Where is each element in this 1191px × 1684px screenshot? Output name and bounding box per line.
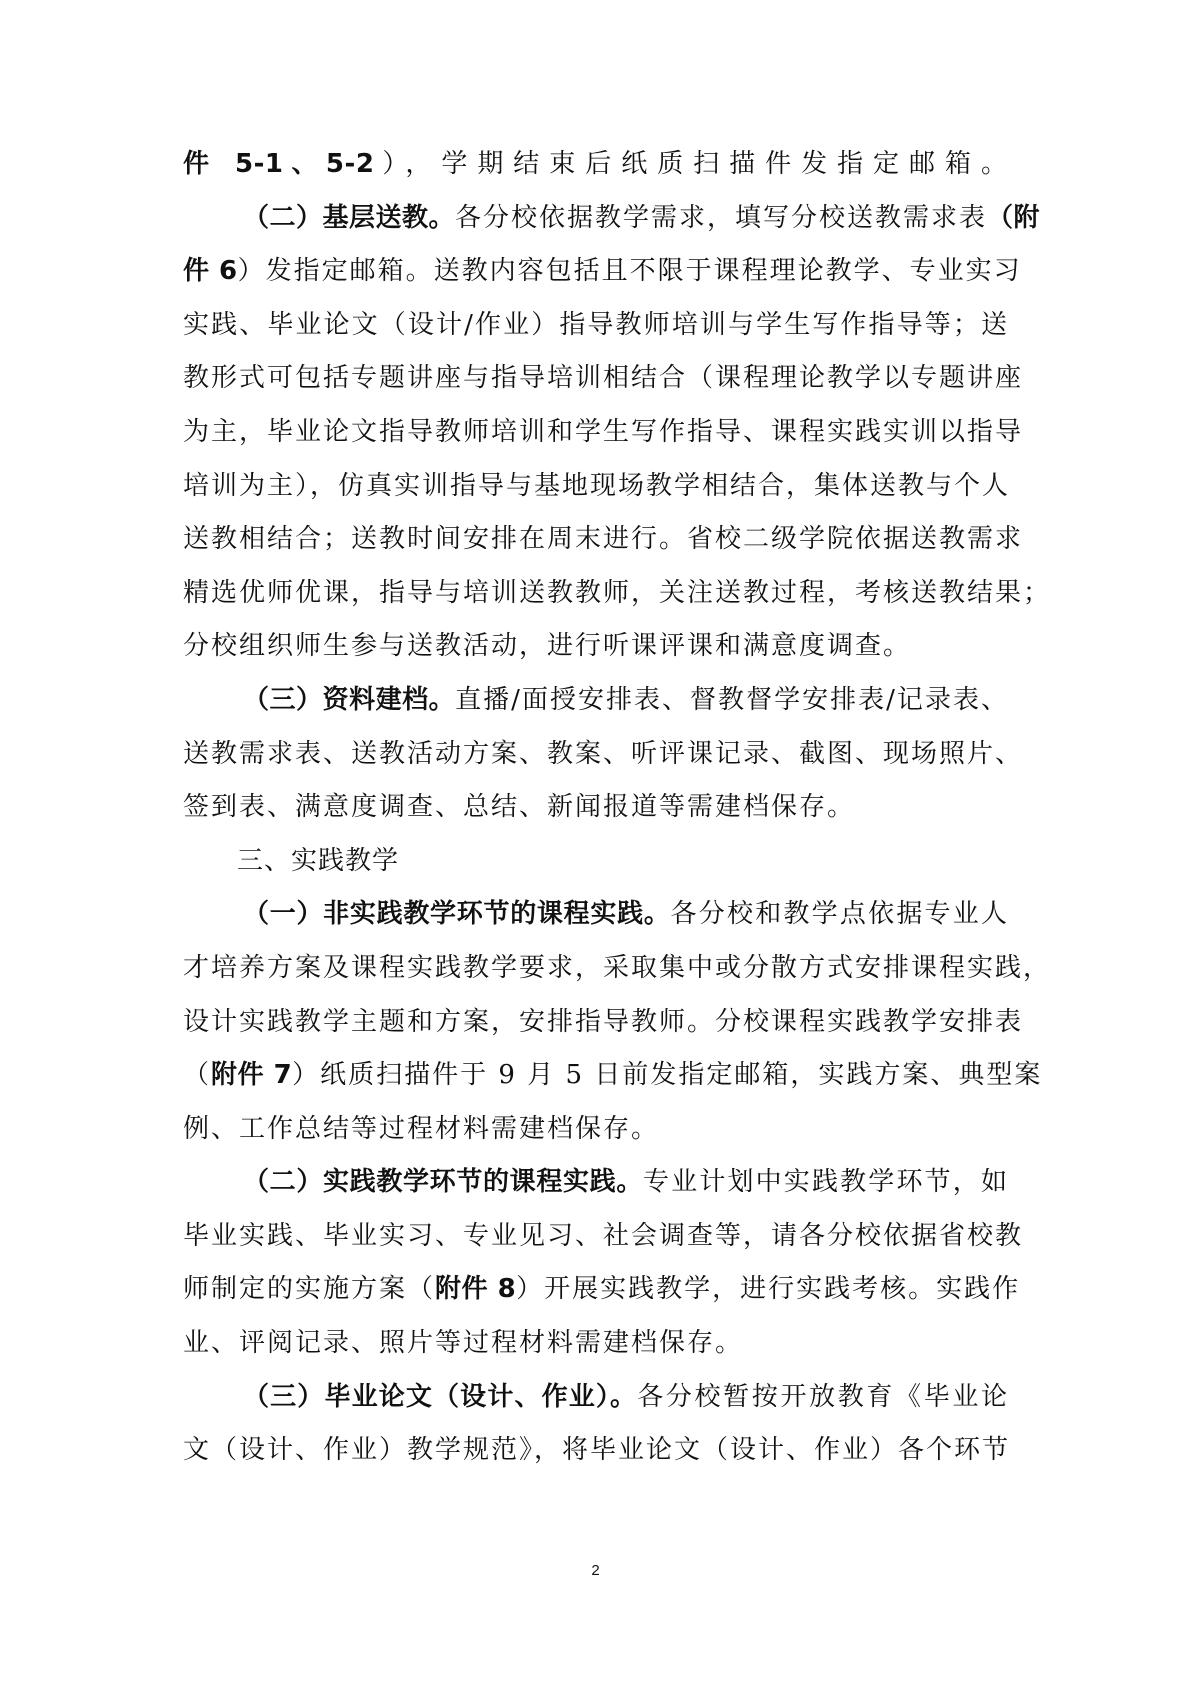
paragraph-line: 设计实践教学主题和方案，安排指导教师。分校课程实践教学安排表 <box>183 996 1009 1050</box>
text-run: 各分校依据教学需求，填写分校送教需求表 <box>455 203 987 233</box>
text-run: ）发指定邮箱。送教内容包括且不限于课程理论教学、专业实习 <box>238 256 1022 286</box>
subsection-heading-practical-course-practice: （二）实践教学环节的课程实践。 <box>243 1167 643 1197</box>
paragraph-line: 才培养方案及课程实践教学要求，采取集中或分散方式安排课程实践， <box>183 942 1009 996</box>
text-run: 培训为主），仿真实训指导与基地现场教学相结合，集体送教与个人 <box>183 471 1010 501</box>
paragraph-line: 培训为主），仿真实训指导与基地现场教学相结合，集体送教与个人 <box>183 460 1009 514</box>
paragraph-line: 教形式可包括专题讲座与指导培训相结合（课程理论教学以专题讲座 <box>183 352 1009 406</box>
text-run: 各分校和教学点依据专业人 <box>671 899 1009 929</box>
subsection-heading-non-practical-course-practice: （一）非实践教学环节的课程实践。 <box>243 899 671 929</box>
paragraph-line: 送教需求表、送教活动方案、教案、听评课记录、截图、现场照片、 <box>183 728 1009 782</box>
text-run: 专业计划中实践教学环节，如 <box>643 1167 1009 1197</box>
text-run: 送教需求表、送教活动方案、教案、听评课记录、截图、现场照片、 <box>183 739 1023 769</box>
subsection-heading-archiving: （三）资料建档。 <box>243 685 455 715</box>
document-body: 件 5-1、5-2），学期结束后纸质扫描件发指定邮箱。 （二）基层送教。各分校依… <box>183 138 1009 1478</box>
text-run: （ <box>183 1060 211 1090</box>
paragraph-line: （二）基层送教。各分校依据教学需求，填写分校送教需求表（附 <box>183 192 1009 246</box>
paragraph-line: （附件 7）纸质扫描件于 9 月 5 日前发指定邮箱，实践方案、典型案 <box>183 1049 1009 1103</box>
paragraph-line: 件 6）发指定邮箱。送教内容包括且不限于课程理论教学、专业实习 <box>183 245 1009 299</box>
paragraph-line: （三）毕业论文（设计、作业）。各分校暂按开放教育《毕业论 <box>183 1371 1009 1425</box>
page-number: 2 <box>0 1562 1191 1579</box>
text-run: 教形式可包括专题讲座与指导培训相结合（课程理论教学以专题讲座 <box>183 363 1023 393</box>
paragraph-line: 件 5-1、5-2），学期结束后纸质扫描件发指定邮箱。 <box>183 138 1009 192</box>
text-run: 签到表、满意度调查、总结、新闻报道等需建档保存。 <box>183 792 855 822</box>
text-run: 为主，毕业论文指导教师培训和学生写作指导、课程实践实训以指导 <box>183 417 1023 447</box>
paragraph-line: 精选优师优课，指导与培训送教教师，关注送教过程，考核送教结果； <box>183 567 1009 621</box>
paragraph-line: 签到表、满意度调查、总结、新闻报道等需建档保存。 <box>183 781 1009 835</box>
text-run: 分校组织师生参与送教活动，进行听课评课和满意度调查。 <box>183 631 911 661</box>
attachment-ref: 附件 7 <box>211 1060 292 1090</box>
paragraph-line: （二）实践教学环节的课程实践。专业计划中实践教学环节，如 <box>183 1156 1009 1210</box>
paragraph-line: 师制定的实施方案（附件 8）开展实践教学，进行实践考核。实践作 <box>183 1263 1009 1317</box>
attachment-ref: 附件 8 <box>435 1274 516 1304</box>
paragraph-line: 送教相结合；送教时间安排在周末进行。省校二级学院依据送教需求 <box>183 513 1009 567</box>
attachment-ref: 件 6 <box>183 256 238 286</box>
text-run: 毕业实践、毕业实习、专业见习、社会调查等，请各分校依据省校教 <box>183 1221 1023 1251</box>
text-run: 例、工作总结等过程材料需建档保存。 <box>183 1114 659 1144</box>
paragraph-line: 业、评阅记录、照片等过程材料需建档保存。 <box>183 1317 1009 1371</box>
text-run: 精选优师优课，指导与培训送教教师，关注送教过程，考核送教结果； <box>183 578 1051 608</box>
attachment-ref: 件 5-1、5-2 <box>183 149 374 179</box>
subsection-heading-grassroots-teaching: （二）基层送教。 <box>243 203 455 233</box>
subsection-heading-graduation-thesis: （三）毕业论文（设计、作业）。 <box>243 1382 637 1412</box>
paragraph-line: 为主，毕业论文指导教师培训和学生写作指导、课程实践实训以指导 <box>183 406 1009 460</box>
text-run: 设计实践教学主题和方案，安排指导教师。分校课程实践教学安排表 <box>183 1007 1023 1037</box>
section-heading-text: 三、实践教学 <box>237 846 399 876</box>
attachment-ref: （附 <box>987 203 1040 233</box>
text-run: 文（设计、作业）教学规范》，将毕业论文（设计、作业）各个环节 <box>183 1435 1010 1465</box>
text-run: ）纸质扫描件于 9 月 5 日前发指定邮箱，实践方案、典型案 <box>292 1060 1042 1090</box>
paragraph-line: 例、工作总结等过程材料需建档保存。 <box>183 1103 1009 1157</box>
text-run: 实践、毕业论文（设计/作业）指导教师培训与学生写作指导等；送 <box>183 310 1009 340</box>
text-run: 各分校暂按开放教育《毕业论 <box>637 1382 1009 1412</box>
paragraph-line: （三）资料建档。直播/面授安排表、督教督学安排表/记录表、 <box>183 674 1009 728</box>
text-run: 直播/面授安排表、督教督学安排表/记录表、 <box>455 685 1009 715</box>
text-run: 业、评阅记录、照片等过程材料需建档保存。 <box>183 1328 743 1358</box>
paragraph-line: 文（设计、作业）教学规范》，将毕业论文（设计、作业）各个环节 <box>183 1424 1009 1478</box>
section-heading-practical-teaching: 三、实践教学 <box>183 835 1009 889</box>
text-run: ）开展实践教学，进行实践考核。实践作 <box>516 1274 1020 1304</box>
text-run: ），学期结束后纸质扫描件发指定邮箱。 <box>374 149 1009 179</box>
paragraph-line: 毕业实践、毕业实习、专业见习、社会调查等，请各分校依据省校教 <box>183 1210 1009 1264</box>
paragraph-line: 分校组织师生参与送教活动，进行听课评课和满意度调查。 <box>183 620 1009 674</box>
text-run: 送教相结合；送教时间安排在周末进行。省校二级学院依据送教需求 <box>183 524 1023 554</box>
paragraph-line: （一）非实践教学环节的课程实践。各分校和教学点依据专业人 <box>183 888 1009 942</box>
text-run: 师制定的实施方案（ <box>183 1274 435 1304</box>
text-run: 才培养方案及课程实践教学要求，采取集中或分散方式安排课程实践， <box>183 953 1051 983</box>
paragraph-line: 实践、毕业论文（设计/作业）指导教师培训与学生写作指导等；送 <box>183 299 1009 353</box>
